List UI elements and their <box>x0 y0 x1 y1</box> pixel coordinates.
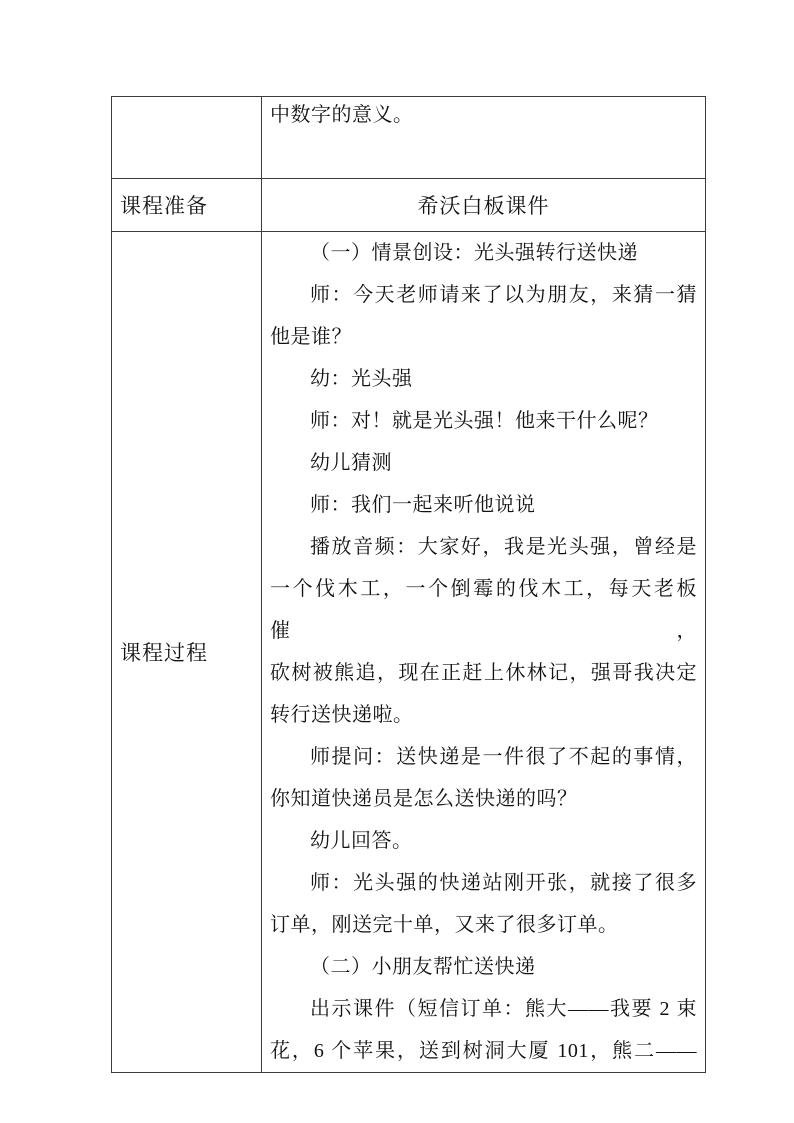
content-line: 幼儿猜测 <box>270 442 697 484</box>
prep-content-text: 希沃白板课件 <box>418 194 550 218</box>
overflow-text: 中数字的意义。 <box>270 97 697 133</box>
content-line: 幼儿回答。 <box>270 820 697 862</box>
content-line: （一）情景创设：光头强转行送快递 <box>270 232 697 274</box>
process-label-cell: 课程过程 <box>112 232 262 1073</box>
content-line: 幼：光头强 <box>270 358 697 400</box>
content-line: 你知道快递员是怎么送快递的吗？ <box>270 778 697 820</box>
content-line: 花，6 个苹果，送到树洞大厦 101，熊二—— <box>270 1030 697 1072</box>
overflow-label-cell <box>112 97 262 179</box>
content-line: 订单，刚送完十单，又来了很多订单。 <box>270 904 697 946</box>
document-page: 中数字的意义。 课程准备 希沃白板课件 课程过程 （一）情景创设：光头强转行送快… <box>0 0 794 1123</box>
overflow-content-cell: 中数字的意义。 <box>262 97 706 179</box>
content-line: 师：光头强的快递站刚开张，就接了很多 <box>270 862 697 904</box>
content-line: 播放音频：大家好，我是光头强，曾经是 <box>270 526 697 568</box>
table-row-process: 课程过程 （一）情景创设：光头强转行送快递师：今天老师请来了以为朋友，来猜一猜他… <box>112 232 706 1073</box>
content-line: 师：对！就是光头强！他来干什么呢？ <box>270 400 697 442</box>
process-content: （一）情景创设：光头强转行送快递师：今天老师请来了以为朋友，来猜一猜他是谁？幼：… <box>262 232 706 1073</box>
lesson-plan-table: 中数字的意义。 课程准备 希沃白板课件 课程过程 （一）情景创设：光头强转行送快… <box>111 96 706 1073</box>
content-line: 师：今天老师请来了以为朋友，来猜一猜 <box>270 274 697 316</box>
table-row-overflow: 中数字的意义。 <box>112 97 706 179</box>
content-line: （二）小朋友帮忙送快递 <box>270 946 697 988</box>
content-line: 转行送快递啦。 <box>270 694 697 736</box>
prep-label-cell: 课程准备 <box>112 179 262 232</box>
content-line: 出示课件（短信订单：熊大——我要 2 束 <box>270 988 697 1030</box>
content-line: 师提问：送快递是一件很了不起的事情， <box>270 736 697 778</box>
content-line: 砍树被熊追，现在正赶上休林记，强哥我决定 <box>270 652 697 694</box>
table-row-preparation: 课程准备 希沃白板课件 <box>112 179 706 232</box>
content-line: 师：我们一起来听他说说 <box>270 484 697 526</box>
content-line: 一个伐木工，一个倒霉的伐木工，每天老板催， <box>270 568 697 652</box>
prep-content-cell: 希沃白板课件 <box>262 179 706 232</box>
content-line: 他是谁？ <box>270 316 697 358</box>
